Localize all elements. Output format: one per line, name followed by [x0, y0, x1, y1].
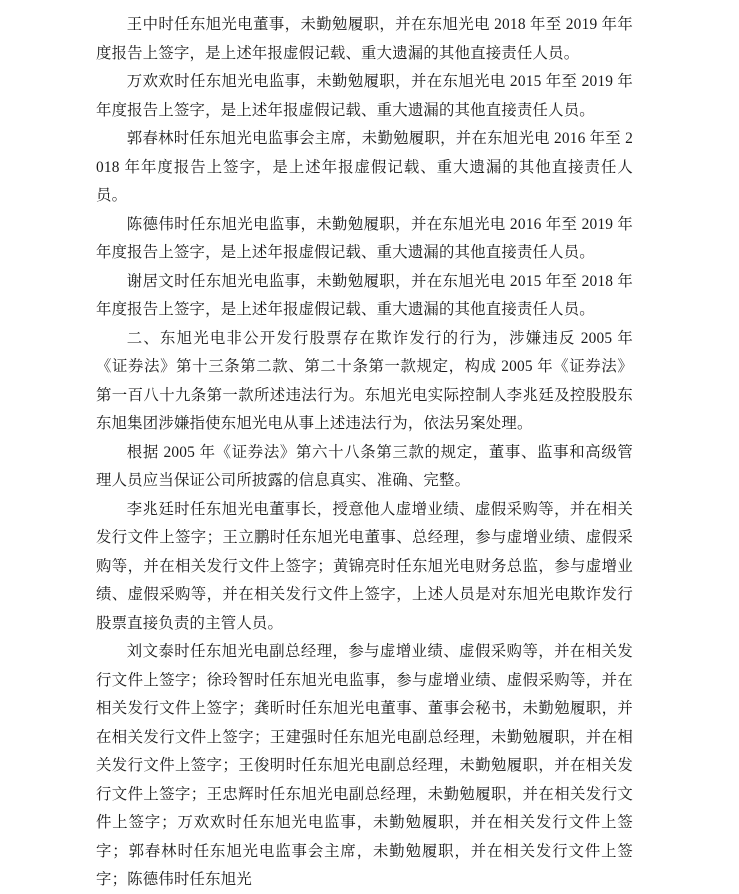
- paragraph-xiejuwen: 谢居文时任东旭光电监事，未勤勉履职，并在东旭光电 2015 年至 2018 年年…: [96, 268, 633, 325]
- paragraph-legal-basis: 根据 2005 年《证券法》第六十八条第三款的规定，董事、监事和高级管理人员应当…: [96, 439, 633, 496]
- paragraph-other-responsible-persons: 刘文泰时任东旭光电副总经理，参与虚增业绩、虚假采购等，并在相关发行文件上签字；徐…: [96, 638, 633, 894]
- paragraph-responsible-managers: 李兆廷时任东旭光电董事长，授意他人虚增业绩、虚假采购等，并在相关发行文件上签字；…: [96, 496, 633, 639]
- paragraph-wanhuanhuan: 万欢欢时任东旭光电监事，未勤勉履职，并在东旭光电 2015 年至 2019 年年…: [96, 68, 633, 125]
- paragraph-wangzhong: 王中时任东旭光电董事，未勤勉履职，并在东旭光电 2018 年至 2019 年年度…: [96, 11, 633, 68]
- paragraph-guochunlin: 郭春林时任东旭光电监事会主席，未勤勉履职，并在东旭光电 2016 年至 2018…: [96, 125, 633, 211]
- document-body: 王中时任东旭光电董事，未勤勉履职，并在东旭光电 2018 年至 2019 年年度…: [96, 11, 633, 894]
- paragraph-chendewei: 陈德伟时任东旭光电监事，未勤勉履职，并在东旭光电 2016 年至 2019 年年…: [96, 211, 633, 268]
- paragraph-section-two: 二、东旭光电非公开发行股票存在欺诈发行的行为，涉嫌违反 2005 年《证券法》第…: [96, 325, 633, 439]
- document-page: 王中时任东旭光电董事，未勤勉履职，并在东旭光电 2018 年至 2019 年年度…: [0, 0, 739, 894]
